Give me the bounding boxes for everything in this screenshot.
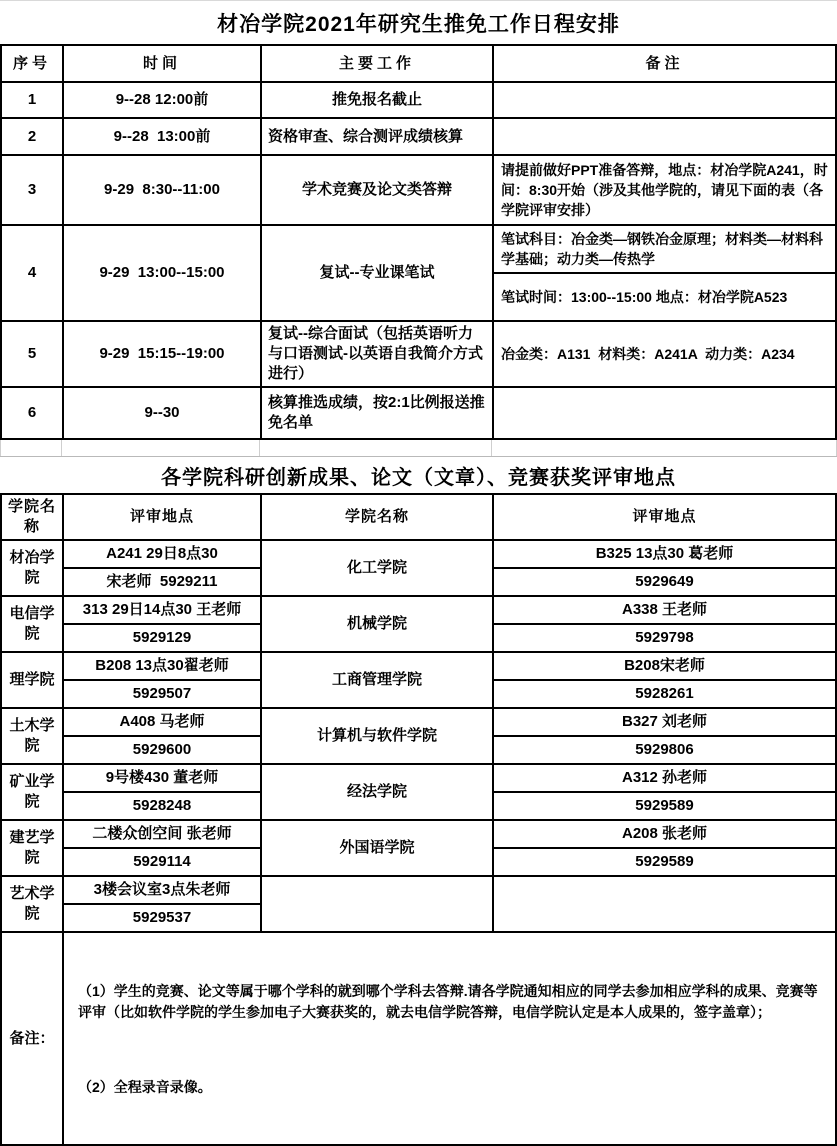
review-phone: 5928261 — [493, 680, 836, 708]
college-name: 土木学院 — [1, 708, 63, 764]
schedule-seq: 5 — [1, 321, 63, 387]
college-name: 理学院 — [1, 652, 63, 708]
notes-label: 备注： — [1, 932, 63, 1145]
schedule-work: 学术竞赛及论文类答辩 — [261, 155, 493, 225]
schedule-time: 9-29 8:30--11:00 — [63, 155, 261, 225]
college-name: 机械学院 — [261, 596, 493, 652]
gridline — [259, 440, 260, 456]
document-page: 材冶学院2021年研究生推免工作日程安排 序号 时间 主要工作 备注 1 9--… — [0, 0, 837, 1146]
schedule-row: 3 9-29 8:30--11:00 学术竞赛及论文类答辩 请提前做好PPT准备… — [1, 155, 836, 225]
college-name: 材冶学院 — [1, 540, 63, 596]
college-name: 矿业学院 — [1, 764, 63, 820]
college-name: 工商管理学院 — [261, 652, 493, 708]
schedule-time: 9-29 15:15--19:00 — [63, 321, 261, 387]
schedule-time: 9--28 12:00前 — [63, 82, 261, 118]
review-row: 材冶学院 A241 29日8点30 化工学院 B325 13点30 葛老师 — [1, 540, 836, 568]
schedule-remark-subjects: 笔试科目：冶金类—钢铁冶金原理；材料类—材料科学基础；动力类—传热学 — [493, 225, 836, 273]
review-row: 建艺学院 二楼众创空间 张老师 外国语学院 A208 张老师 — [1, 820, 836, 848]
review-table-title: 各学院科研创新成果、论文（文章）、竞赛获奖评审地点 — [0, 457, 837, 493]
schedule-time: 9--30 — [63, 387, 261, 439]
gridline — [61, 440, 62, 456]
review-table: 学院名称 评审地点 学院名称 评审地点 材冶学院 A241 29日8点30 化工… — [0, 493, 837, 1146]
schedule-time: 9-29 13:00--15:00 — [63, 225, 261, 321]
schedule-seq: 1 — [1, 82, 63, 118]
schedule-header-seq: 序号 — [1, 45, 63, 82]
schedule-seq: 2 — [1, 118, 63, 155]
college-name: 计算机与软件学院 — [261, 708, 493, 764]
review-phone: 5929507 — [63, 680, 261, 708]
review-header-location-right: 评审地点 — [493, 494, 836, 540]
schedule-remark — [493, 82, 836, 118]
review-header-location-left: 评审地点 — [63, 494, 261, 540]
review-location: B325 13点30 葛老师 — [493, 540, 836, 568]
review-location: 二楼众创空间 张老师 — [63, 820, 261, 848]
schedule-seq: 4 — [1, 225, 63, 321]
schedule-remark: 冶金类：A131 材料类：A241A 动力类：A234 — [493, 321, 836, 387]
college-name: 艺术学院 — [1, 876, 63, 932]
review-location: B327 刘老师 — [493, 708, 836, 736]
schedule-seq: 6 — [1, 387, 63, 439]
schedule-work: 复试--综合面试（包括英语听力与口语测试-以英语自我简介方式进行） — [261, 321, 493, 387]
review-phone: 5929129 — [63, 624, 261, 652]
schedule-row: 6 9--30 核算推选成绩，按2:1比例报送推免名单 — [1, 387, 836, 439]
schedule-seq: 3 — [1, 155, 63, 225]
review-header-college-left: 学院名称 — [1, 494, 63, 540]
review-location-empty — [493, 876, 836, 932]
schedule-work: 推免报名截止 — [261, 82, 493, 118]
schedule-row: 1 9--28 12:00前 推免报名截止 — [1, 82, 836, 118]
college-name: 电信学院 — [1, 596, 63, 652]
review-location: B208 13点30翟老师 — [63, 652, 261, 680]
schedule-remark-time-place: 笔试时间：13:00--15:00 地点：材冶学院A523 — [493, 273, 836, 321]
gridline — [0, 440, 1, 456]
gridline — [491, 440, 492, 456]
review-phone: 5928248 — [63, 792, 261, 820]
schedule-work: 核算推选成绩，按2:1比例报送推免名单 — [261, 387, 493, 439]
review-phone: 5929589 — [493, 792, 836, 820]
review-row: 理学院 B208 13点30翟老师 工商管理学院 B208宋老师 — [1, 652, 836, 680]
schedule-remark — [493, 387, 836, 439]
schedule-work: 复试--专业课笔试 — [261, 225, 493, 321]
review-phone: 5929589 — [493, 848, 836, 876]
review-notes-row: 备注： （1）学生的竞赛、论文等属于哪个学科的就到哪个学科去答辩.请各学院通知相… — [1, 932, 836, 1145]
review-phone: 5929114 — [63, 848, 261, 876]
note-item-2: （2）全程录音录像。 — [78, 1077, 825, 1098]
grid-spacer — [0, 440, 837, 457]
schedule-table: 序号 时间 主要工作 备注 1 9--28 12:00前 推免报名截止 2 9-… — [0, 44, 837, 440]
review-phone: 5929600 — [63, 736, 261, 764]
review-phone: 5929806 — [493, 736, 836, 764]
review-header-college-right: 学院名称 — [261, 494, 493, 540]
review-row: 电信学院 313 29日14点30 王老师 机械学院 A338 王老师 — [1, 596, 836, 624]
review-location: A338 王老师 — [493, 596, 836, 624]
schedule-row: 2 9--28 13:00前 资格审查、综合测评成绩核算 — [1, 118, 836, 155]
review-location: 313 29日14点30 王老师 — [63, 596, 261, 624]
review-row: 艺术学院 3楼会议室3点朱老师 — [1, 876, 836, 904]
college-name: 经法学院 — [261, 764, 493, 820]
review-phone: 宋老师 5929211 — [63, 568, 261, 596]
schedule-remark — [493, 118, 836, 155]
review-location: 3楼会议室3点朱老师 — [63, 876, 261, 904]
review-location: A241 29日8点30 — [63, 540, 261, 568]
review-phone: 5929537 — [63, 904, 261, 932]
schedule-remark: 请提前做好PPT准备答辩，地点：材冶学院A241，时间：8:30开始（涉及其他学… — [493, 155, 836, 225]
schedule-header-row: 序号 时间 主要工作 备注 — [1, 45, 836, 82]
schedule-header-work: 主要工作 — [261, 45, 493, 82]
review-location: A408 马老师 — [63, 708, 261, 736]
college-name: 化工学院 — [261, 540, 493, 596]
college-name: 建艺学院 — [1, 820, 63, 876]
college-name: 外国语学院 — [261, 820, 493, 876]
schedule-time: 9--28 13:00前 — [63, 118, 261, 155]
review-phone: 5929798 — [493, 624, 836, 652]
review-header-row: 学院名称 评审地点 学院名称 评审地点 — [1, 494, 836, 540]
schedule-table-title: 材冶学院2021年研究生推免工作日程安排 — [0, 1, 837, 44]
college-name-empty — [261, 876, 493, 932]
notes-content: （1）学生的竞赛、论文等属于哪个学科的就到哪个学科去答辩.请各学院通知相应的同学… — [63, 932, 836, 1145]
review-row: 土木学院 A408 马老师 计算机与软件学院 B327 刘老师 — [1, 708, 836, 736]
schedule-row: 4 9-29 13:00--15:00 复试--专业课笔试 笔试科目：冶金类—钢… — [1, 225, 836, 273]
review-phone: 5929649 — [493, 568, 836, 596]
note-item-1: （1）学生的竞赛、论文等属于哪个学科的就到哪个学科去答辩.请各学院通知相应的同学… — [78, 981, 825, 1023]
review-location: B208宋老师 — [493, 652, 836, 680]
review-location: A208 张老师 — [493, 820, 836, 848]
schedule-work: 资格审查、综合测评成绩核算 — [261, 118, 493, 155]
schedule-row: 5 9-29 15:15--19:00 复试--综合面试（包括英语听力与口语测试… — [1, 321, 836, 387]
schedule-header-time: 时间 — [63, 45, 261, 82]
review-location: 9号楼430 董老师 — [63, 764, 261, 792]
schedule-header-remark: 备注 — [493, 45, 836, 82]
review-row: 矿业学院 9号楼430 董老师 经法学院 A312 孙老师 — [1, 764, 836, 792]
review-location: A312 孙老师 — [493, 764, 836, 792]
